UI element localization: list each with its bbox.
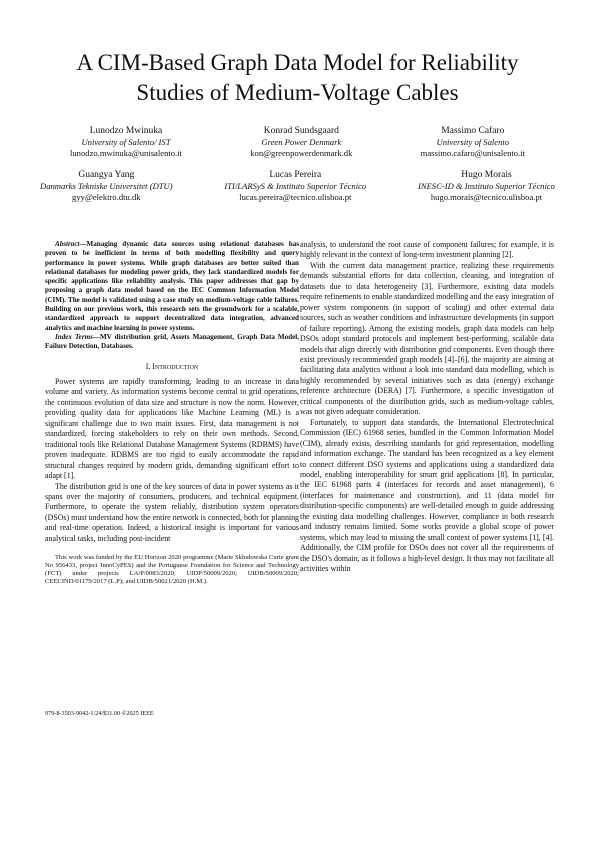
author-email: hugo.morais@tecnico.ulisboa.pt <box>418 192 555 203</box>
paragraph: Power systems are rapidly transforming, … <box>45 377 299 482</box>
author-affiliation: Green Power Denmark <box>250 137 352 148</box>
author-affiliation: University of Salento/ IST <box>70 137 182 148</box>
author-block: Massimo Cafaro University of Salento mas… <box>421 126 525 159</box>
author-name: Lucas Pereira <box>224 170 366 181</box>
copyright-line: 979-8-3503-9042-1/24/$31.00 ©2025 IEEE <box>45 710 154 717</box>
author-block: Hugo Morais INESC-ID & Instituto Superio… <box>418 170 555 203</box>
abstract-text: —Managing dynamic data sources using rel… <box>45 240 299 332</box>
author-email: gyy@elektro.dtu.dk <box>40 192 173 203</box>
section-heading: I. Introduction <box>45 362 299 372</box>
author-affiliation: University of Salento <box>421 137 525 148</box>
title-line-2: Studies of Medium-Voltage Cables <box>0 78 595 108</box>
paragraph: With the current data management practic… <box>300 261 554 418</box>
paragraph: The distribution grid is one of the key … <box>45 482 299 545</box>
paragraph: Fortunately, to support data standards, … <box>300 418 554 575</box>
author-block: Guangya Yang Danmarks Tekniske Universit… <box>40 170 173 203</box>
author-name: Konrad Sundsgaard <box>250 126 352 137</box>
author-affiliation: Danmarks Tekniske Universitet (DTU) <box>40 181 173 192</box>
title-line-1: A CIM-Based Graph Data Model for Reliabi… <box>0 48 595 78</box>
author-name: Hugo Morais <box>418 170 555 181</box>
author-email: massimo.cafaro@unisalento.it <box>421 148 525 159</box>
author-name: Massimo Cafaro <box>421 126 525 137</box>
right-column: analysis, to understand the root cause o… <box>300 240 554 575</box>
left-column: Abstract—Managing dynamic data sources u… <box>45 240 299 586</box>
author-name: Lunodzo Mwinuka <box>70 126 182 137</box>
author-block: Lunodzo Mwinuka University of Salento/ I… <box>70 126 182 159</box>
paper-title: A CIM-Based Graph Data Model for Reliabi… <box>0 48 595 108</box>
author-block: Konrad Sundsgaard Green Power Denmark ko… <box>250 126 352 159</box>
author-affiliation: INESC-ID & Instituto Superior Técnico <box>418 181 555 192</box>
author-affiliation: ITI/LARSyS & Instituto Superior Técnico <box>224 181 366 192</box>
author-email: kon@greenpowerdenmark.dk <box>250 148 352 159</box>
author-block: Lucas Pereira ITI/LARSyS & Instituto Sup… <box>224 170 366 203</box>
index-terms: Index Terms—MV distribution grid, Assets… <box>45 333 299 352</box>
paragraph: analysis, to understand the root cause o… <box>300 240 554 261</box>
abstract-label: Abstract <box>55 240 79 248</box>
author-email: lunodzo.mwinuka@unisalento.it <box>70 148 182 159</box>
funding-footnote: This work was funded by the EU Horizon 2… <box>45 554 299 586</box>
abstract: Abstract—Managing dynamic data sources u… <box>45 240 299 333</box>
author-name: Guangya Yang <box>40 170 173 181</box>
author-email: lucas.pereira@tecnico.ulisboa.pt <box>224 192 366 203</box>
index-terms-label: Index Terms <box>55 333 93 341</box>
author-row-1: Lunodzo Mwinuka University of Salento/ I… <box>40 126 555 159</box>
author-row-2: Guangya Yang Danmarks Tekniske Universit… <box>40 170 555 203</box>
